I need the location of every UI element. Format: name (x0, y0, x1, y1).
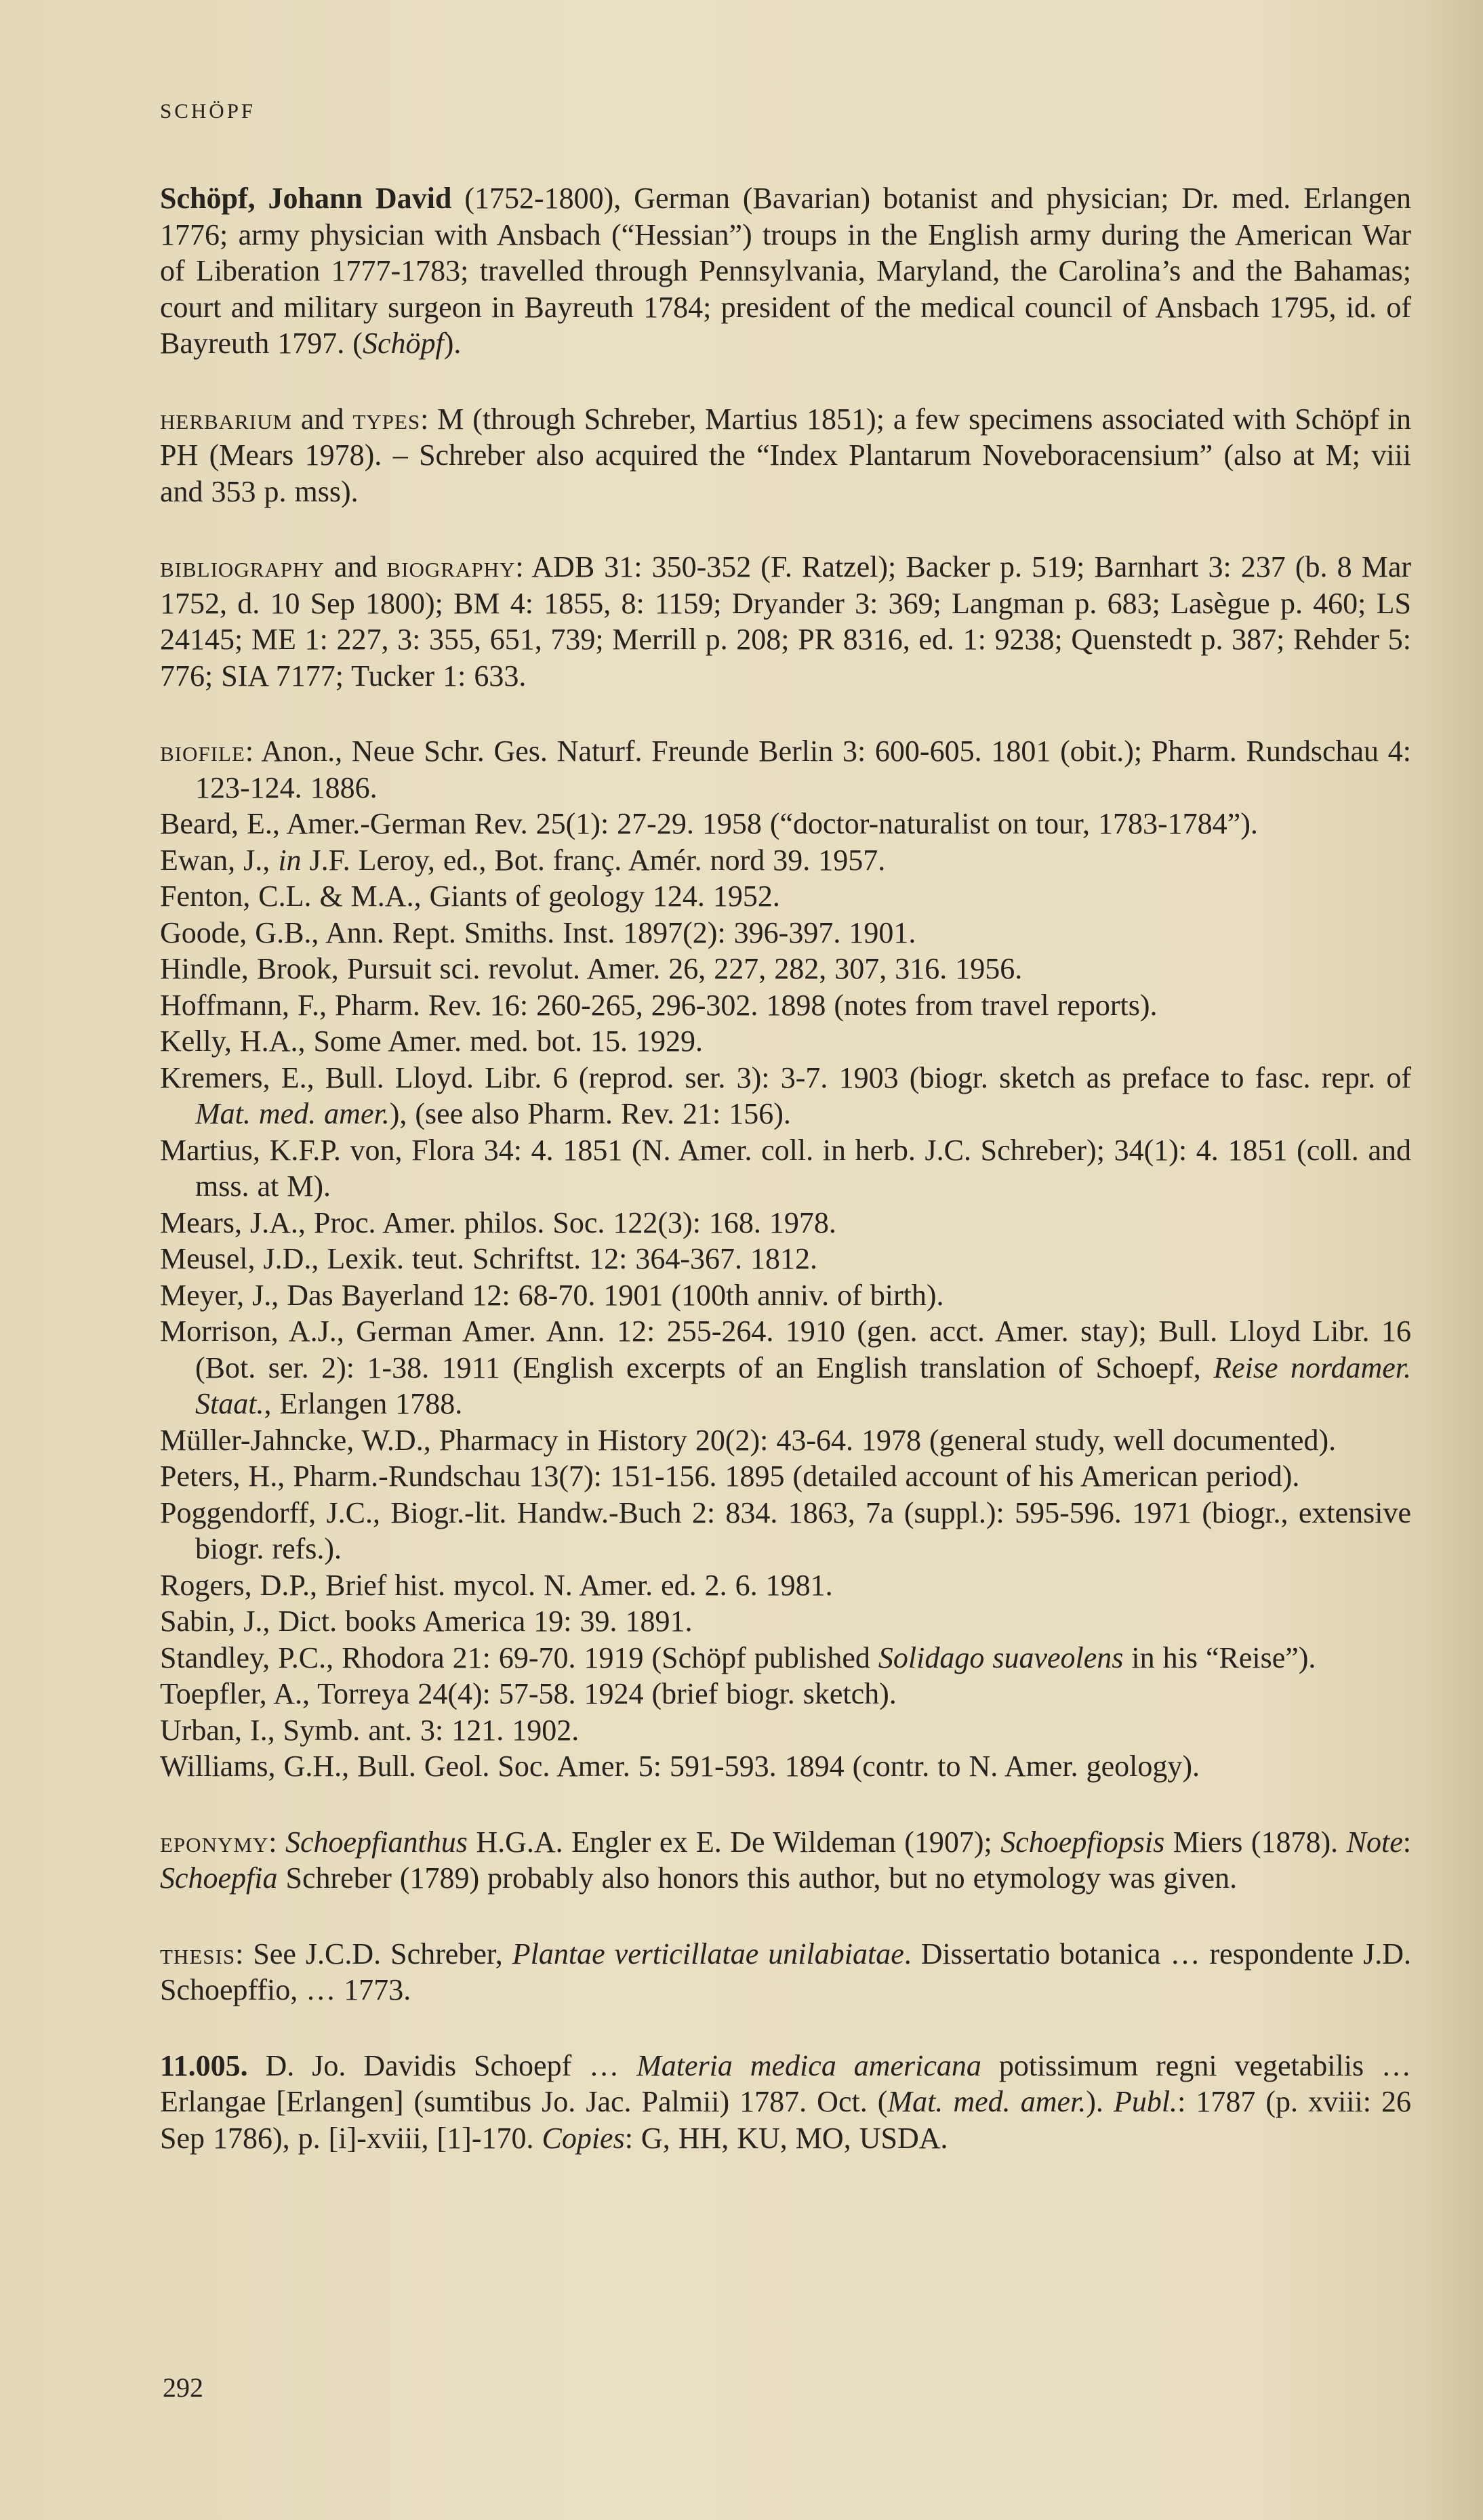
entry-text: Williams, G.H., Bull. Geol. Soc. Amer. 5… (160, 1750, 1200, 1783)
work-text: D. Jo. Davidis Schoepf … (248, 2049, 637, 2082)
work-abbreviation: Mat. med. amer. (887, 2085, 1086, 2118)
work-entry: 11.005. D. Jo. Davidis Schoepf … Materia… (160, 2048, 1411, 2157)
work-text: ). (1086, 2085, 1114, 2118)
eponymy-label: Eponymy (160, 1825, 268, 1859)
entry-text: Hoffmann, F., Pharm. Rev. 16: 260-265, 2… (160, 989, 1157, 1022)
note-label: Note (1347, 1825, 1403, 1859)
biofile-entry: Fenton, C.L. & M.A., Giants of geology 1… (160, 878, 1411, 915)
biofile-entry: Kremers, E., Bull. Lloyd. Libr. 6 (repro… (160, 1060, 1411, 1132)
thesis-label: Thesis (160, 1937, 235, 1970)
biofile-entry: Hoffmann, F., Pharm. Rev. 16: 260-265, 2… (160, 987, 1411, 1024)
intro-tail: ). (444, 327, 462, 360)
entry-text: Meyer, J., Das Bayerland 12: 68-70. 1901… (160, 1279, 944, 1312)
entry-italic: Mat. med. amer. (195, 1097, 390, 1130)
thesis-section: Thesis: See J.C.D. Schreber, Plantae ver… (160, 1936, 1411, 2008)
entry-text: Martius, K.F.P. von, Flora 34: 4. 1851 (… (160, 1134, 1411, 1203)
types-label: types (352, 402, 420, 436)
author-name: Schöpf, Johann David (160, 182, 451, 215)
work-text: : G, HH, KU, MO, USDA. (625, 2122, 948, 2155)
herbarium-connector: and (292, 402, 352, 436)
biofile-entry: Mears, J.A., Proc. Amer. philos. Soc. 12… (160, 1205, 1411, 1241)
biofile-section: Biofile: Anon., Neue Schr. Ges. Naturf. … (160, 733, 1411, 1785)
bibliography-section: Bibliography and biography: ADB 31: 350-… (160, 549, 1411, 694)
entry-text: in his “Reise”). (1123, 1641, 1316, 1674)
biofile-entry: Morrison, A.J., German Amer. Ann. 12: 25… (160, 1313, 1411, 1422)
biofile-entry: Williams, G.H., Bull. Geol. Soc. Amer. 5… (160, 1748, 1411, 1785)
publ-label: Publ. (1114, 2085, 1177, 2118)
bibliography-connector: and (325, 550, 387, 583)
running-head: SCHÖPF (160, 95, 1411, 127)
genus-name: Schoepfia (160, 1861, 278, 1895)
eponymy-text: H.G.A. Engler ex E. De Wildeman (1907); (468, 1825, 1000, 1859)
document-page: SCHÖPF Schöpf, Johann David (1752-1800),… (160, 95, 1411, 2195)
biofile-entry: Poggendorff, J.C., Biogr.-lit. Handw.-Bu… (160, 1495, 1411, 1567)
author-abbreviation: Schöpf (363, 327, 444, 360)
entry-text: Peters, H., Pharm.-Rundschau 13(7): 151-… (160, 1460, 1299, 1493)
eponymy-text: : (1403, 1825, 1411, 1859)
eponymy-section: Eponymy: Schoepfianthus H.G.A. Engler ex… (160, 1824, 1411, 1897)
entry-text: Kelly, H.A., Some Amer. med. bot. 15. 19… (160, 1025, 703, 1058)
entry-text: Kremers, E., Bull. Lloyd. Libr. 6 (repro… (160, 1061, 1411, 1094)
entry-text: Goode, G.B., Ann. Rept. Smiths. Inst. 18… (160, 916, 916, 949)
entry-text: Müller-Jahncke, W.D., Pharmacy in Histor… (160, 1424, 1336, 1457)
biofile-entry: Toepfler, A., Torreya 24(4): 57-58. 1924… (160, 1676, 1411, 1712)
entry-text: J.F. Leroy, ed., Bot. franç. Amér. nord … (302, 844, 886, 877)
biofile-entry: Peters, H., Pharm.-Rundschau 13(7): 151-… (160, 1458, 1411, 1495)
page-number: 292 (163, 2372, 203, 2404)
bibliography-label: Bibliography (160, 550, 325, 583)
biofile-entry: Biofile: Anon., Neue Schr. Ges. Naturf. … (160, 733, 1411, 806)
entry-text: Standley, P.C., Rhodora 21: 69-70. 1919 … (160, 1641, 878, 1674)
biofile-entry: Goode, G.B., Ann. Rept. Smiths. Inst. 18… (160, 915, 1411, 951)
work-number: 11.005. (160, 2049, 248, 2082)
entry-text: Fenton, C.L. & M.A., Giants of geology 1… (160, 880, 780, 913)
herbarium-label: Herbarium (160, 402, 292, 436)
genus-name: Schoepfianthus (285, 1825, 468, 1859)
biography-label: biography (387, 550, 516, 583)
biofile-entry: Müller-Jahncke, W.D., Pharmacy in Histor… (160, 1422, 1411, 1459)
biofile-entry: Kelly, H.A., Some Amer. med. bot. 15. 19… (160, 1023, 1411, 1060)
herbarium-section: Herbarium and types: M (through Schreber… (160, 401, 1411, 510)
biofile-entry: Meyer, J., Das Bayerland 12: 68-70. 1901… (160, 1277, 1411, 1314)
entry-text: : Anon., Neue Schr. Ges. Naturf. Freunde… (195, 735, 1411, 804)
entry-italic: Solidago suaveolens (878, 1641, 1124, 1674)
work-title: Materia medica americana (636, 2049, 981, 2082)
eponymy-text: Miers (1878). (1164, 1825, 1346, 1859)
thesis-text: : See J.C.D. Schreber, (235, 1937, 512, 1970)
biofile-entry: Sabin, J., Dict. books America 19: 39. 1… (160, 1603, 1411, 1640)
entry-text: Sabin, J., Dict. books America 19: 39. 1… (160, 1605, 693, 1638)
entry-text: Meusel, J.D., Lexik. teut. Schriftst. 12… (160, 1242, 817, 1275)
eponymy-text: Schreber (1789) probably also honors thi… (278, 1861, 1238, 1895)
entry-text: Urban, I., Symb. ant. 3: 121. 1902. (160, 1714, 579, 1747)
entry-text: Rogers, D.P., Brief hist. mycol. N. Amer… (160, 1569, 833, 1602)
intro-paragraph: Schöpf, Johann David (1752-1800), German… (160, 180, 1411, 362)
thesis-title: Plantae verticillatae unilabiatae (512, 1937, 904, 1970)
biofile-entry: Beard, E., Amer.-German Rev. 25(1): 27-2… (160, 806, 1411, 842)
biofile-entry: Martius, K.F.P. von, Flora 34: 4. 1851 (… (160, 1132, 1411, 1205)
entry-text: , Erlangen 1788. (264, 1387, 462, 1420)
entry-text: ), (see also Pharm. Rev. 21: 156). (390, 1097, 791, 1130)
entry-text: Hindle, Brook, Pursuit sci. revolut. Ame… (160, 952, 1022, 985)
copies-label: Copies (542, 2122, 624, 2155)
biofile-entry: Hindle, Brook, Pursuit sci. revolut. Ame… (160, 951, 1411, 987)
entry-text: Poggendorff, J.C., Biogr.-lit. Handw.-Bu… (160, 1496, 1411, 1566)
biofile-entry: Ewan, J., in J.F. Leroy, ed., Bot. franç… (160, 842, 1411, 879)
entry-text: Toepfler, A., Torreya 24(4): 57-58. 1924… (160, 1677, 897, 1710)
entry-italic: in (278, 844, 301, 877)
entry-text: Beard, E., Amer.-German Rev. 25(1): 27-2… (160, 807, 1258, 840)
genus-name: Schoepfiopsis (1000, 1825, 1164, 1859)
biofile-label: Biofile (160, 735, 245, 768)
biofile-entry: Rogers, D.P., Brief hist. mycol. N. Amer… (160, 1567, 1411, 1604)
biofile-entry: Meusel, J.D., Lexik. teut. Schriftst. 12… (160, 1241, 1411, 1277)
entry-text: Ewan, J., (160, 844, 278, 877)
entry-text: Mears, J.A., Proc. Amer. philos. Soc. 12… (160, 1206, 836, 1239)
biofile-entry: Standley, P.C., Rhodora 21: 69-70. 1919 … (160, 1640, 1411, 1676)
biofile-entry: Urban, I., Symb. ant. 3: 121. 1902. (160, 1712, 1411, 1749)
